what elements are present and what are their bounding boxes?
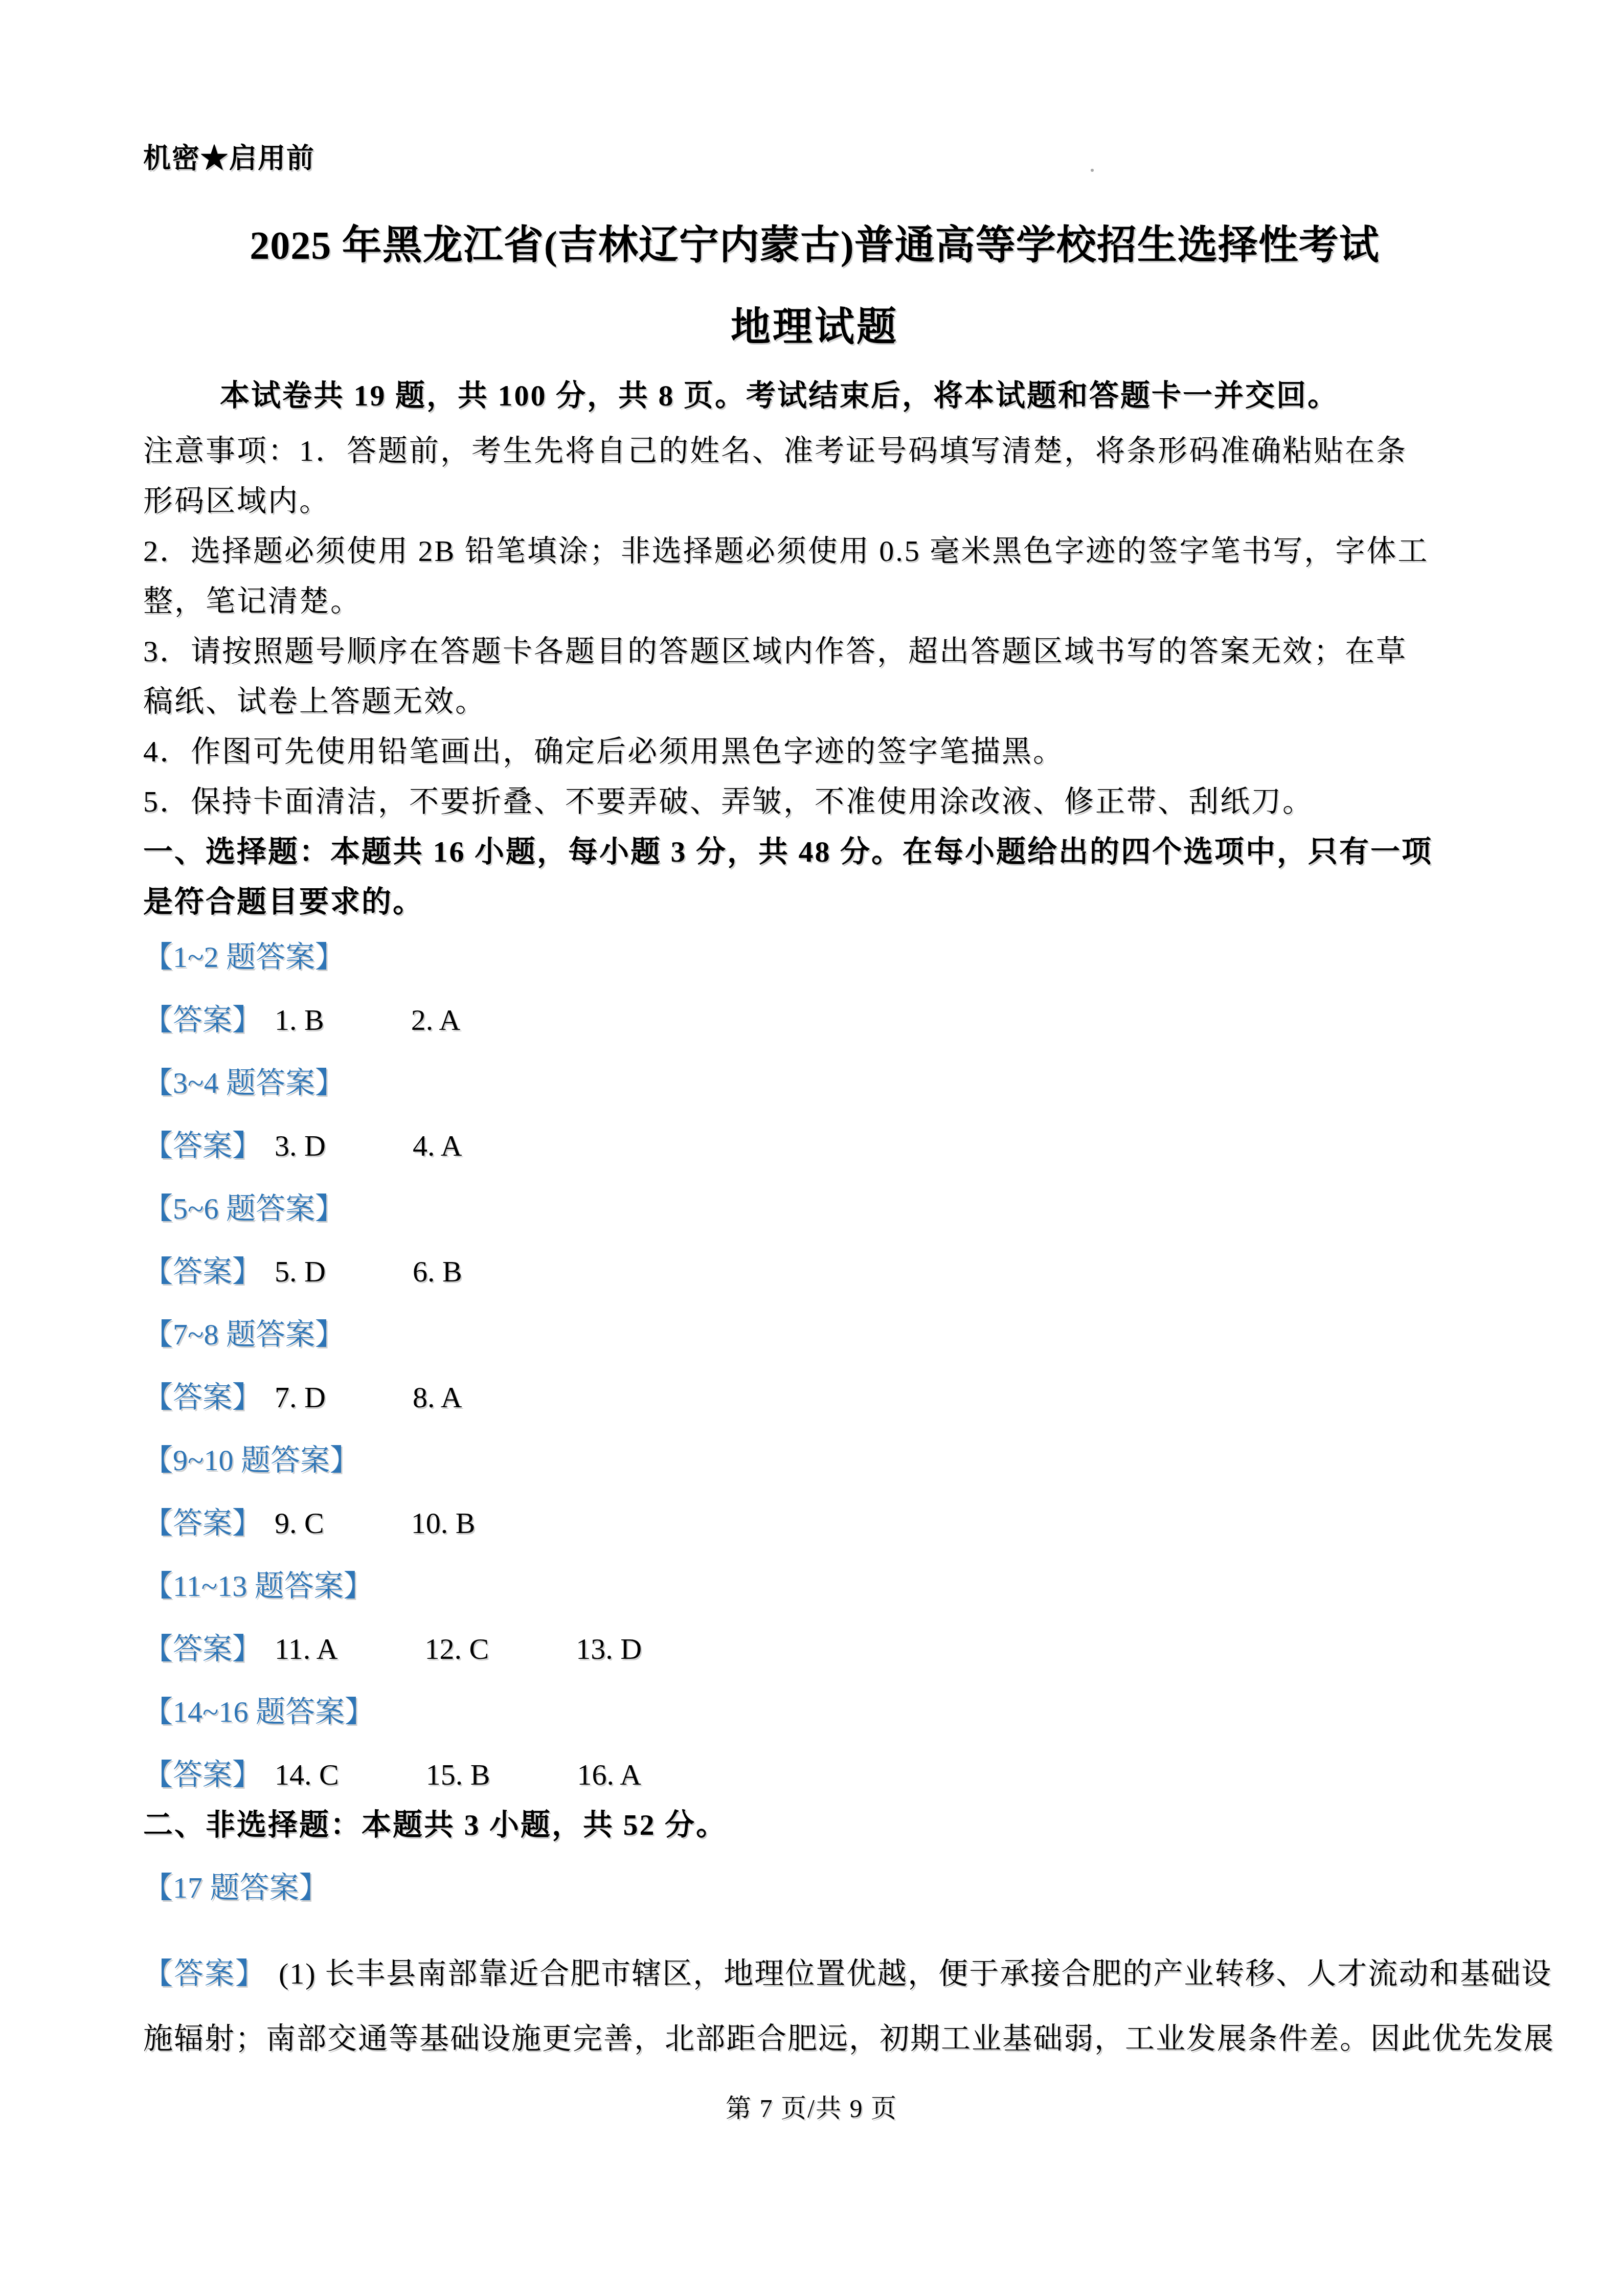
notice-line-2-wrap: 整，笔记清楚。 bbox=[143, 576, 1486, 626]
notice-line-5: 5．保持卡面清洁，不要折叠、不要弄破、弄皱，不准使用涂改液、修正带、刮纸刀。 bbox=[143, 777, 1486, 827]
answer-values: 14. C15. B16. A bbox=[275, 1758, 641, 1791]
answer-value: 15. B bbox=[426, 1750, 490, 1800]
answer-value: 13. D bbox=[576, 1624, 642, 1674]
answer-group-header-label: 【7~8 题答案】 bbox=[143, 1318, 345, 1351]
answer-value: 3. D bbox=[275, 1121, 326, 1171]
q17-answer-line-2: 施辐射；南部交通等基础设施更完善，北部距合肥远，初期工业基础弱，工业发展条件差。… bbox=[143, 2006, 1486, 2071]
answer-values: 9. C10. B bbox=[275, 1506, 475, 1540]
answer-value: 9. C bbox=[275, 1498, 324, 1548]
section-2-header: 二、非选择题：本题共 3 小题，共 52 分。 bbox=[143, 1800, 1486, 1850]
answer-tag: 【答案】 bbox=[143, 1003, 262, 1037]
answer-group-header-7-8: 【7~8 题答案】 bbox=[143, 1310, 1486, 1360]
q17-answer-block: 【答案】(1) 长丰县南部靠近合肥市辖区，地理位置优越，便于承接合肥的产业转移、… bbox=[143, 1941, 1486, 2071]
q17-answer-line-1: 【答案】(1) 长丰县南部靠近合肥市辖区，地理位置优越，便于承接合肥的产业转移、… bbox=[143, 1941, 1486, 2006]
section-1-header: 一、选择题：本题共 16 小题，每小题 3 分，共 48 分。在每小题给出的四个… bbox=[143, 827, 1486, 877]
answer-value: 2. A bbox=[411, 995, 461, 1045]
document-title: 2025 年黑龙江省(吉林辽宁内蒙古)普通高等学校招生选择性考试 bbox=[143, 217, 1486, 274]
answer-value: 4. A bbox=[413, 1121, 462, 1171]
answer-row-9-10: 【答案】9. C10. B bbox=[143, 1498, 1486, 1548]
page-number-footer: 第 7 页/共 9 页 bbox=[0, 2090, 1623, 2126]
answer-row-3-4: 【答案】3. D4. A bbox=[143, 1121, 1486, 1171]
answer-row-5-6: 【答案】5. D6. B bbox=[143, 1247, 1486, 1297]
answer-group-header-label: 【9~10 题答案】 bbox=[143, 1444, 359, 1477]
section-1-header-wrap: 是符合题目要求的。 bbox=[143, 877, 1486, 927]
notice-list: 注意事项：1．答题前，考生先将自己的姓名、准考证号码填写清楚，将条形码准确粘贴在… bbox=[143, 426, 1486, 827]
answer-group-header-label: 【1~2 题答案】 bbox=[143, 940, 345, 974]
answer-group-header-label: 【11~13 题答案】 bbox=[143, 1569, 373, 1603]
answer-values: 3. D4. A bbox=[275, 1129, 462, 1162]
answer-values: 7. D8. A bbox=[275, 1381, 462, 1414]
answer-row-14-16: 【答案】14. C15. B16. A bbox=[143, 1750, 1486, 1800]
answer-value: 6. B bbox=[413, 1247, 462, 1297]
answer-group-header-11-13: 【11~13 题答案】 bbox=[143, 1561, 1486, 1611]
answer-group-header-label: 【14~16 题答案】 bbox=[143, 1695, 374, 1728]
answer-value: 8. A bbox=[413, 1372, 462, 1423]
answer-tag: 【答案】 bbox=[143, 1255, 262, 1288]
classification-banner: 机密★启用前 bbox=[143, 141, 1486, 176]
answer-value: 11. A bbox=[275, 1624, 338, 1674]
answer-group-header-1-2: 【1~2 题答案】 bbox=[143, 932, 1486, 982]
answer-value: 12. C bbox=[425, 1624, 489, 1674]
answer-value: 1. B bbox=[275, 995, 324, 1045]
answer-group-header-9-10: 【9~10 题答案】 bbox=[143, 1435, 1486, 1485]
answer-tag: 【答案】 bbox=[143, 1381, 262, 1414]
exam-intro-line: 本试卷共 19 题，共 100 分，共 8 页。考试结束后，将本试题和答题卡一并… bbox=[143, 371, 1486, 421]
notice-line-3-wrap: 稿纸、试卷上答题无效。 bbox=[143, 677, 1486, 727]
scan-speck bbox=[1091, 169, 1094, 172]
answer-group-header-14-16: 【14~16 题答案】 bbox=[143, 1687, 1486, 1737]
answer-tag: 【答案】 bbox=[143, 1957, 266, 1990]
notice-line-3: 3．请按照题号顺序在答题卡各题目的答题区域内作答，超出答题区域书写的答案无效；在… bbox=[143, 626, 1486, 677]
answer-row-11-13: 【答案】11. A12. C13. D bbox=[143, 1624, 1486, 1674]
answer-group-header-label: 【5~6 题答案】 bbox=[143, 1192, 345, 1225]
document-subtitle: 地理试题 bbox=[143, 299, 1486, 355]
answer-values: 11. A12. C13. D bbox=[275, 1632, 642, 1665]
answer-value: 14. C bbox=[275, 1750, 339, 1800]
q17-header-label: 【17 题答案】 bbox=[143, 1871, 329, 1904]
answer-tag: 【答案】 bbox=[143, 1129, 262, 1162]
answer-group-header-5-6: 【5~6 题答案】 bbox=[143, 1184, 1486, 1234]
answer-group-header-label: 【3~4 题答案】 bbox=[143, 1066, 345, 1099]
notice-line-4: 4．作图可先使用铅笔画出，确定后必须用黑色字迹的签字笔描黑。 bbox=[143, 727, 1486, 777]
answer-values: 1. B2. A bbox=[275, 1003, 460, 1037]
answer-value: 7. D bbox=[275, 1372, 326, 1423]
answer-row-7-8: 【答案】7. D8. A bbox=[143, 1372, 1486, 1423]
answer-tag: 【答案】 bbox=[143, 1758, 262, 1791]
answer-value: 5. D bbox=[275, 1247, 326, 1297]
q17-answer-text: (1) 长丰县南部靠近合肥市辖区，地理位置优越，便于承接合肥的产业转移、人才流动… bbox=[279, 1957, 1552, 1990]
notice-line-1-wrap: 形码区域内。 bbox=[143, 476, 1486, 526]
exam-answer-document: 机密★启用前 2025 年黑龙江省(吉林辽宁内蒙古)普通高等学校招生选择性考试 … bbox=[0, 0, 1623, 2071]
notice-line-1: 注意事项：1．答题前，考生先将自己的姓名、准考证号码填写清楚，将条形码准确粘贴在… bbox=[143, 426, 1486, 476]
notice-line-2: 2．选择题必须使用 2B 铅笔填涂；非选择题必须使用 0.5 毫米黑色字迹的签字… bbox=[143, 526, 1486, 576]
answer-tag: 【答案】 bbox=[143, 1632, 262, 1665]
scanned-exam-page: { "page": { "colors": { "accent_blue": "… bbox=[0, 0, 1623, 2296]
answer-tag: 【答案】 bbox=[143, 1506, 262, 1540]
answer-group-header-3-4: 【3~4 题答案】 bbox=[143, 1058, 1486, 1108]
q17-answer-text-wrap: 施辐射；南部交通等基础设施更完善，北部距合肥远，初期工业基础弱，工业发展条件差。… bbox=[143, 2022, 1554, 2055]
answer-value: 16. A bbox=[577, 1750, 641, 1800]
answer-value: 10. B bbox=[411, 1498, 476, 1548]
q17-header: 【17 题答案】 bbox=[143, 1863, 1486, 1913]
answer-values: 5. D6. B bbox=[275, 1255, 462, 1288]
answer-row-1-2: 【答案】1. B2. A bbox=[143, 995, 1486, 1045]
